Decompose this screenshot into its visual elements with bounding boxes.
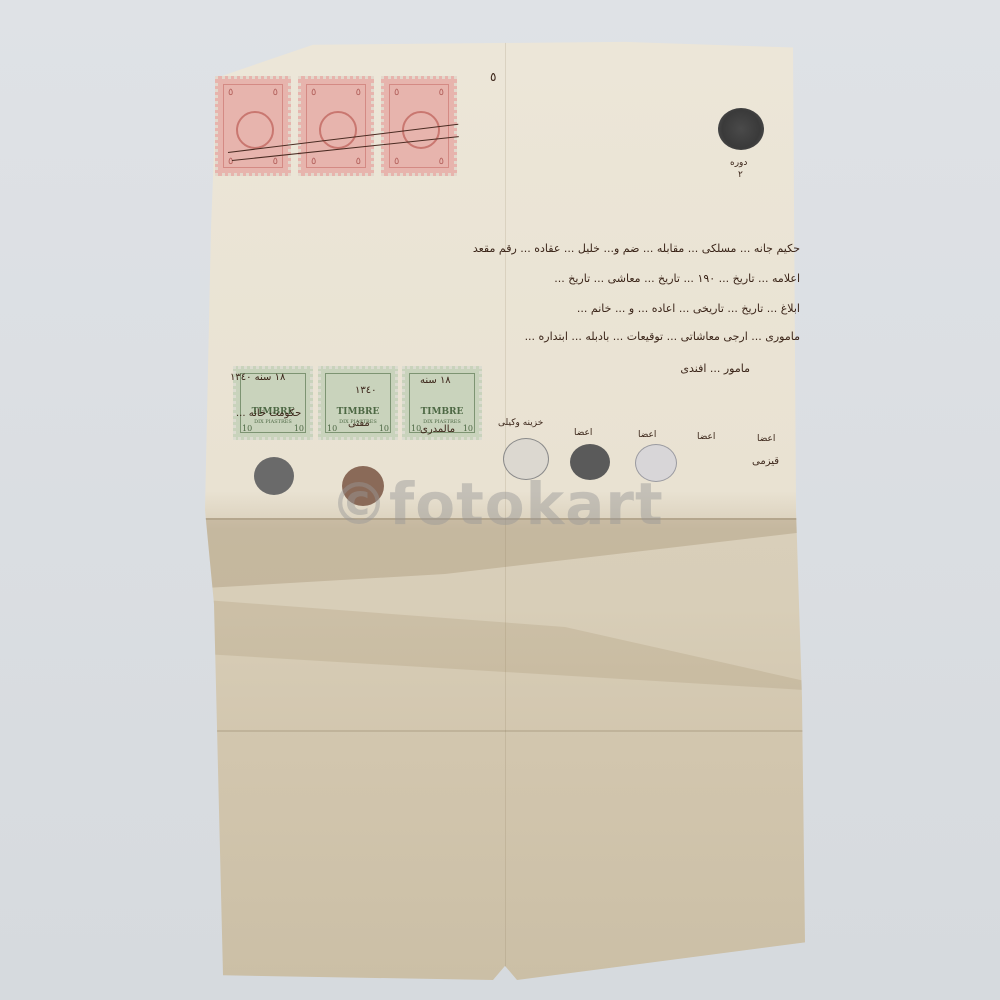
seal-caption: ٢ (738, 170, 743, 180)
stamp-annotation: ١٣٤٠ (355, 385, 376, 396)
horizontal-fold (205, 730, 805, 732)
body-line: ابلاغ ... تاريخ ... تاريخى ... اعاده ...… (577, 302, 800, 315)
body-line: مامور ... افندى (680, 362, 750, 375)
red-revenue-stamp: ٥ ٥ ٥ ٥ (215, 76, 291, 176)
body-line: مامورى ... ارجى معاشاتى ... توقيعات ... … (525, 330, 800, 343)
body-line: حكيم جانه ... مسلكى ... مقابله ... ضم و.… (473, 242, 800, 255)
signature-title: خزينه وكيلى (498, 418, 543, 428)
stamp-annotation: ١٨ سنه ١٣٤٠ (230, 372, 285, 383)
body-line: اعلامه ... تاريخ ... ١٩٠ ... تاريخ ... م… (554, 272, 800, 285)
signature-title: اعضا (757, 434, 775, 444)
signature-title: اعضا (697, 432, 715, 442)
official-seal (718, 108, 764, 150)
watermark: ©fotokart (330, 470, 664, 538)
signature-title: اعضا (574, 428, 592, 438)
stamp-annotation: حكومت خانه ... (236, 408, 301, 419)
official-seal (254, 457, 294, 495)
stamp-annotation: ١٨ سنه (420, 375, 451, 386)
seal-caption: دوره (730, 158, 747, 168)
stamp-annotation: مالمدرى (420, 424, 455, 435)
stamp-annotation: مفتى (348, 418, 370, 429)
signature-title: اعضا (638, 430, 656, 440)
signatory-name: قيزمى (752, 456, 779, 467)
page-marker: ٥ (490, 70, 496, 84)
red-revenue-stamp: ٥ ٥ ٥ ٥ (298, 76, 374, 176)
